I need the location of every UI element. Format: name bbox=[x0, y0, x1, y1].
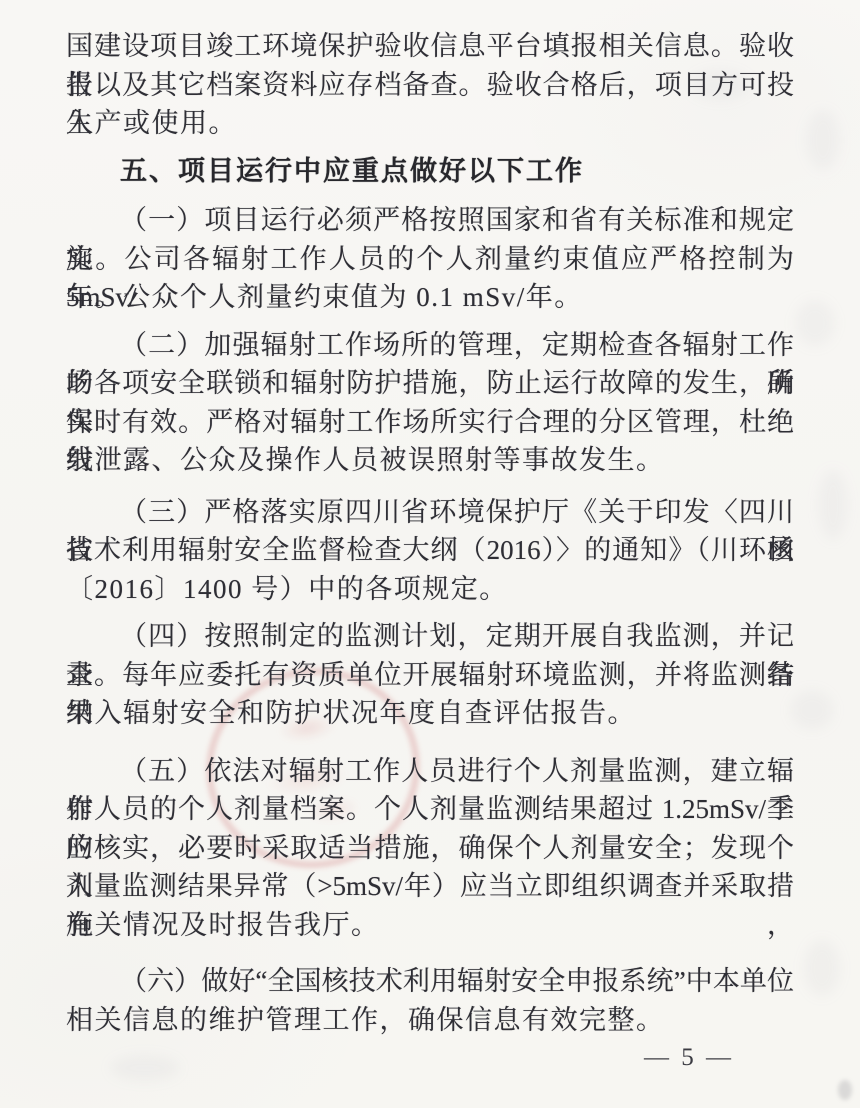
paper-smudge bbox=[790, 690, 834, 730]
paragraph-heading: 五、项目运行中应重点做好以下工作 bbox=[66, 152, 794, 191]
text-line: 查。每年应委托有资质单位开展辐射环境监测，并将监测结果 bbox=[66, 656, 794, 695]
text-line: 线泄露、公众及操作人员被误照射等事故发生。 bbox=[66, 441, 794, 480]
text-line: 的各项安全联锁和辐射防护措施，防止运行故障的发生，确保 bbox=[66, 364, 794, 403]
text-line: （二）加强辐射工作场所的管理，定期检查各辐射工作场所 bbox=[66, 326, 794, 365]
paper-smudge bbox=[818, 470, 848, 540]
text-line: 剂量监测结果异常（>5mSv/年）应当立即组织调查并采取措施， bbox=[66, 867, 794, 906]
paragraph-item-2: （二）加强辐射工作场所的管理，定期检查各辐射工作场所 的各项安全联锁和辐射防护措… bbox=[66, 326, 794, 480]
paragraph-continuation: 国建设项目竣工环境保护验收信息平台填报相关信息。验收报 告以及其它档案资料应存档… bbox=[66, 27, 794, 143]
text-line: 相关信息的维护管理工作，确保信息有效完整。 bbox=[66, 1001, 794, 1040]
text-line: 实时有效。严格对辐射工作场所实行合理的分区管理，杜绝射 bbox=[66, 403, 794, 442]
text-line: （四）按照制定的监测计划，定期开展自我监测，并记录备 bbox=[66, 617, 794, 656]
text-line: 作人员的个人剂量档案。个人剂量监测结果超过 1.25mSv/季的 bbox=[66, 790, 794, 829]
text-line: 施。公司各辐射工作人员的个人剂量约束值应严格控制为 5mSv/ bbox=[66, 240, 794, 279]
paper-smudge bbox=[804, 940, 840, 996]
paragraph-item-4: （四）按照制定的监测计划，定期开展自我监测，并记录备 查。每年应委托有资质单位开… bbox=[66, 617, 794, 733]
paragraph-item-6: （六）做好“全国核技术利用辐射安全申报系统”中本单位 相关信息的维护管理工作，确… bbox=[66, 962, 794, 1039]
text-line: 国建设项目竣工环境保护验收信息平台填报相关信息。验收报 bbox=[66, 27, 794, 66]
text-line: （六）做好“全国核技术利用辐射安全申报系统”中本单位 bbox=[66, 962, 794, 1001]
section-heading: 五、项目运行中应重点做好以下工作 bbox=[66, 152, 794, 191]
text-line: 年。公众个人剂量约束值为 0.1 mSv/年。 bbox=[66, 278, 794, 317]
text-line: （三）严格落实原四川省环境保护厅《关于印发〈四川省核 bbox=[66, 493, 794, 532]
paper-smudge bbox=[838, 1080, 852, 1100]
text-line: 生产或使用。 bbox=[66, 104, 794, 143]
text-line: 〔2016〕1400 号）中的各项规定。 bbox=[66, 570, 794, 609]
paper-smudge bbox=[110, 1055, 180, 1081]
document-text-block: 国建设项目竣工环境保护验收信息平台填报相关信息。验收报 告以及其它档案资料应存档… bbox=[66, 27, 794, 1039]
paper-smudge bbox=[795, 300, 835, 346]
text-line: 应核实，必要时采取适当措施，确保个人剂量安全；发现个人 bbox=[66, 829, 794, 868]
paragraph-item-5: （五）依法对辐射工作人员进行个人剂量监测，建立辐射工 作人员的个人剂量档案。个人… bbox=[66, 752, 794, 945]
text-line: （五）依法对辐射工作人员进行个人剂量监测，建立辐射工 bbox=[66, 752, 794, 791]
paragraph-item-3: （三）严格落实原四川省环境保护厅《关于印发〈四川省核 技术利用辐射安全监督检查大… bbox=[66, 493, 794, 609]
paragraph-item-1: （一）项目运行必须严格按照国家和省有关标准和规定实 施。公司各辐射工作人员的个人… bbox=[66, 201, 794, 317]
scanned-document-page: 国建设项目竣工环境保护验收信息平台填报相关信息。验收报 告以及其它档案资料应存档… bbox=[0, 0, 860, 1108]
text-line: 告以及其它档案资料应存档备查。验收合格后，项目方可投入 bbox=[66, 66, 794, 105]
text-line: 技术利用辐射安全监督检查大纲（2016）〉的通知》（川环函 bbox=[66, 531, 794, 570]
paper-smudge bbox=[806, 110, 840, 170]
text-line: （一）项目运行必须严格按照国家和省有关标准和规定实 bbox=[66, 201, 794, 240]
page-number: — 5 — bbox=[644, 1044, 734, 1072]
text-line: 纳入辐射安全和防护状况年度自查评估报告。 bbox=[66, 694, 794, 733]
